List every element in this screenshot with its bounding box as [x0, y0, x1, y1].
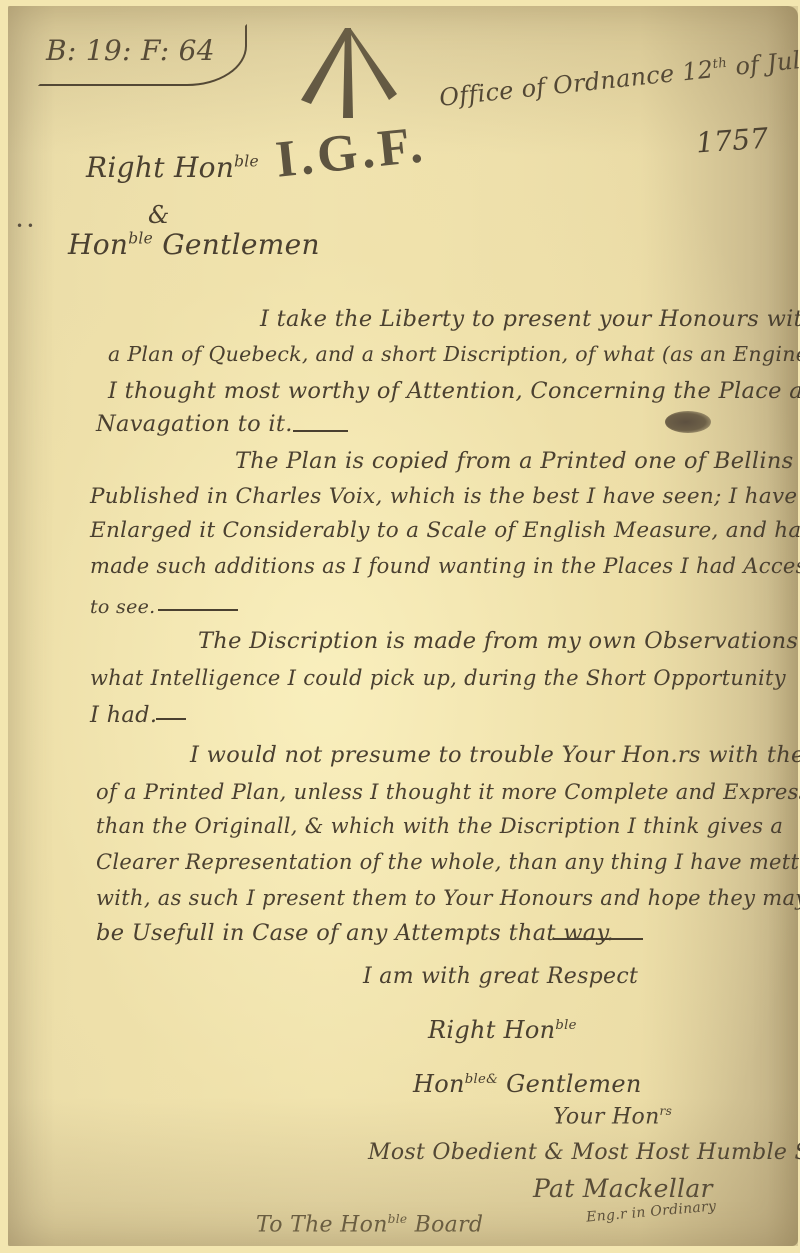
line-flourish: [293, 430, 348, 432]
margin-mark: • •: [16, 219, 34, 233]
closing-line-5: Most Obedient & Most Host Humble Ser: [368, 1140, 800, 1165]
line-flourish: [553, 938, 643, 940]
broad-arrow-icon: [293, 26, 403, 126]
salutation-line-2: Honble Gentlemen: [68, 228, 320, 261]
body-line: I had.: [90, 702, 157, 728]
manuscript-page: B: 19: F: 64 I.G.F. Office of Ordnance 1…: [8, 6, 798, 1246]
body-line: Published in Charles Voix, which is the …: [90, 484, 797, 509]
letter-year: 1757: [695, 122, 770, 160]
body-line: made such additions as I found wanting i…: [90, 554, 800, 578]
body-line: Clearer Representation of the whole, tha…: [96, 850, 799, 874]
body-line: The Discription is made from my own Obse…: [198, 628, 800, 654]
body-line: what Intelligence I could pick up, durin…: [90, 666, 786, 690]
closing-line-4: Your Honrs: [553, 1104, 672, 1129]
line-flourish: [156, 718, 186, 720]
archive-reference-mark: B: 19: F: 64: [38, 24, 247, 86]
stamp-initials: I.G.F.: [273, 115, 429, 189]
body-line: be Usefull in Case of any Attempts that …: [96, 920, 614, 946]
body-line: than the Originall, & which with the Dis…: [96, 814, 783, 838]
line-flourish: [158, 609, 238, 611]
body-line: The Plan is copied from a Printed one of…: [235, 448, 793, 474]
salutation-line-1: Right Honble: [86, 151, 259, 184]
body-line: with, as such I present them to Your Hon…: [96, 886, 800, 910]
body-line: I take the Liberty to present your Honou…: [260, 306, 800, 332]
reference-text: B: 19: F: 64: [46, 34, 215, 67]
ink-blot: [665, 411, 711, 433]
body-line: Navagation to it.: [96, 411, 293, 437]
body-line: a Plan of Quebeck, and a short Discripti…: [108, 342, 800, 366]
letter-place-date: Office of Ordnance 12th of July: [438, 45, 800, 112]
closing-line-1: I am with great Respect: [363, 964, 638, 989]
body-line: I thought most worthy of Attention, Conc…: [108, 378, 800, 404]
salutation-ampersand: &: [148, 201, 170, 229]
body-line: to see.: [90, 596, 156, 618]
ordnance-stamp: I.G.F.: [263, 26, 463, 196]
body-line: Enlarged it Considerably to a Scale of E…: [90, 518, 800, 543]
closing-line-2: Right Honble: [428, 1016, 577, 1044]
body-line: of a Printed Plan, unless I thought it m…: [96, 780, 800, 804]
signature: Pat Mackellar: [533, 1174, 713, 1203]
body-line: I would not presume to trouble Your Hon.…: [190, 742, 800, 768]
closing-line-3: Honble& Gentlemen: [413, 1070, 642, 1098]
address-line: To The Honble Board: [256, 1212, 483, 1237]
